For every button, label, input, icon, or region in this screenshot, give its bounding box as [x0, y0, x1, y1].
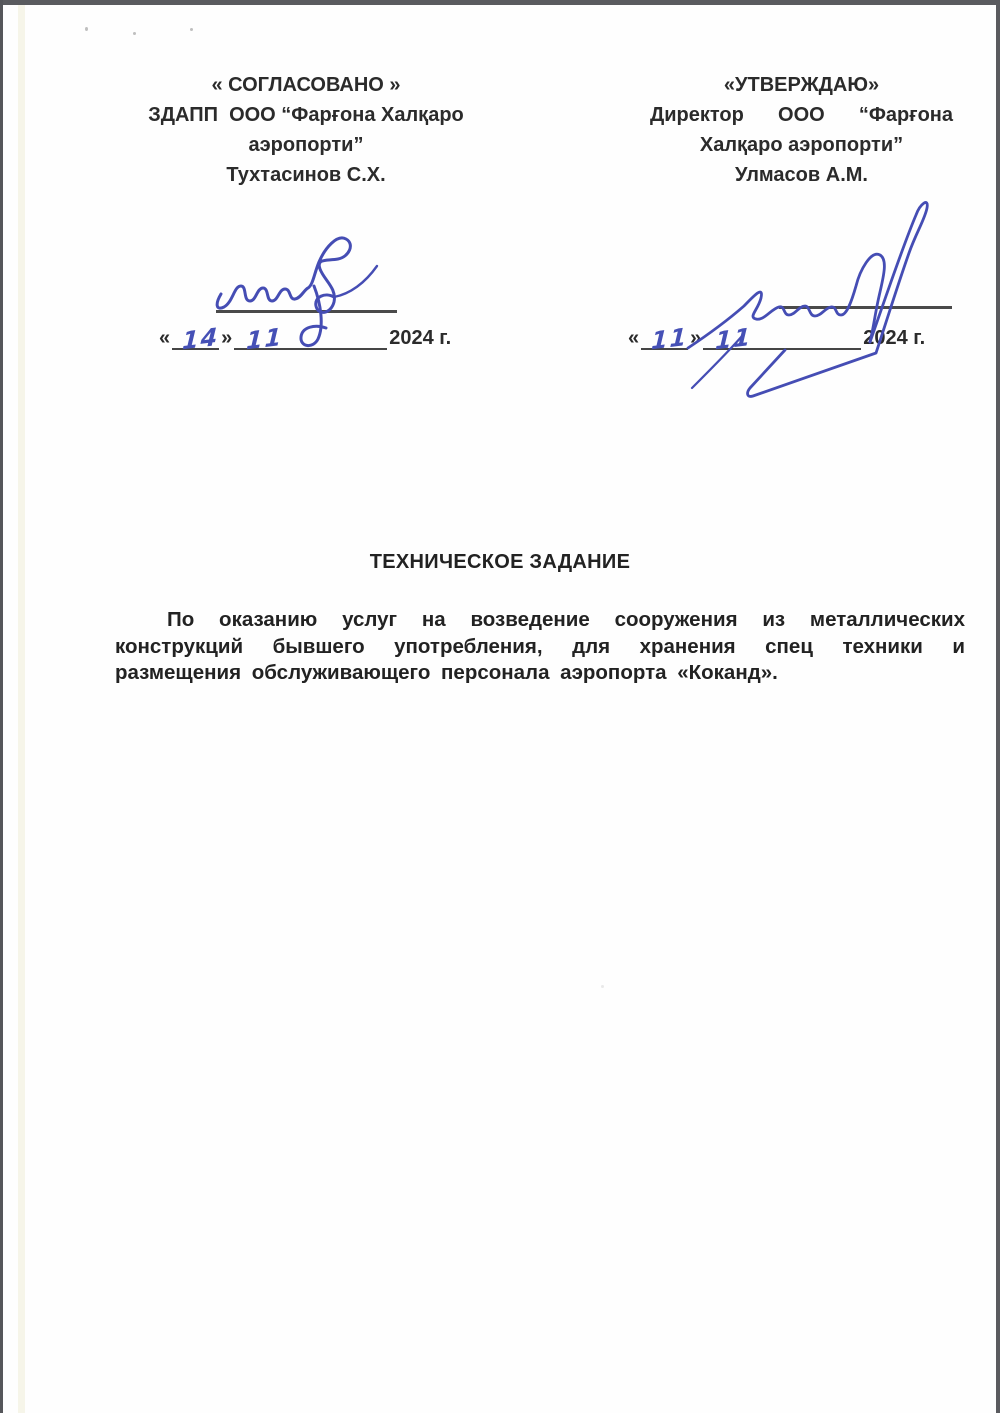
- scan-edge-right: [996, 0, 1000, 1413]
- scan-speck: [133, 32, 136, 35]
- left-signature-line: [216, 310, 397, 313]
- agreed-heading: « СОГЛАСОВАНО »: [110, 70, 502, 100]
- scanned-document-page: « СОГЛАСОВАНО » ЗДАПП ООО “Фарғона Халқа…: [0, 0, 1000, 1413]
- scan-speck: [601, 985, 604, 988]
- agreed-signer-name: Тухтасинов С.Х.: [110, 160, 502, 190]
- approved-org-line-2: Халқаро аэропорти”: [650, 130, 953, 160]
- left-month-blank: 11: [234, 326, 387, 350]
- document-body-paragraph: По оказанию услуг на возведение сооружен…: [115, 607, 965, 687]
- scan-speck: [190, 28, 193, 31]
- right-handwritten-month: 11: [715, 325, 753, 354]
- approval-block-agreed: « СОГЛАСОВАНО » ЗДАПП ООО “Фарғона Халқа…: [110, 70, 502, 190]
- left-date-row: « 14 » 11 2024 г.: [157, 326, 451, 350]
- left-year-label: 2024 г.: [387, 327, 451, 350]
- page-fold-strip: [18, 5, 25, 1413]
- left-handwritten-day: 14: [182, 325, 220, 354]
- approved-heading: «УТВЕРЖДАЮ»: [650, 70, 953, 100]
- left-date-open-quote: «: [157, 327, 172, 350]
- right-date-close-quote: »: [688, 327, 703, 350]
- right-month-blank: 11: [703, 326, 861, 350]
- approved-signer-name: Улмасов А.М.: [650, 160, 953, 190]
- document-title: ТЕХНИЧЕСКОЕ ЗАДАНИЕ: [0, 551, 1000, 574]
- left-handwritten-month: 11: [246, 325, 284, 354]
- approval-block-approved: «УТВЕРЖДАЮ» Директор ООО “Фарғона Халқар…: [650, 70, 953, 190]
- left-date-close-quote: »: [219, 327, 234, 350]
- agreed-org-line-1: ЗДАПП ООО “Фарғона Халқаро: [110, 100, 502, 130]
- scan-edge-left: [0, 0, 3, 1413]
- right-year-label: 2024 г.: [861, 327, 925, 350]
- right-signature-line: [779, 306, 952, 309]
- right-date-open-quote: «: [626, 327, 641, 350]
- scan-speck: [85, 27, 88, 31]
- right-ink-signature: [630, 188, 972, 406]
- right-day-blank: 11: [641, 326, 688, 350]
- approved-org-line-1: Директор ООО “Фарғона: [650, 100, 953, 130]
- scan-edge-top: [0, 0, 1000, 5]
- right-date-row: « 11 » 11 2024 г.: [626, 326, 925, 350]
- left-day-blank: 14: [172, 326, 219, 350]
- right-handwritten-day: 11: [651, 325, 689, 354]
- agreed-org-line-2: аэропорти”: [110, 130, 502, 160]
